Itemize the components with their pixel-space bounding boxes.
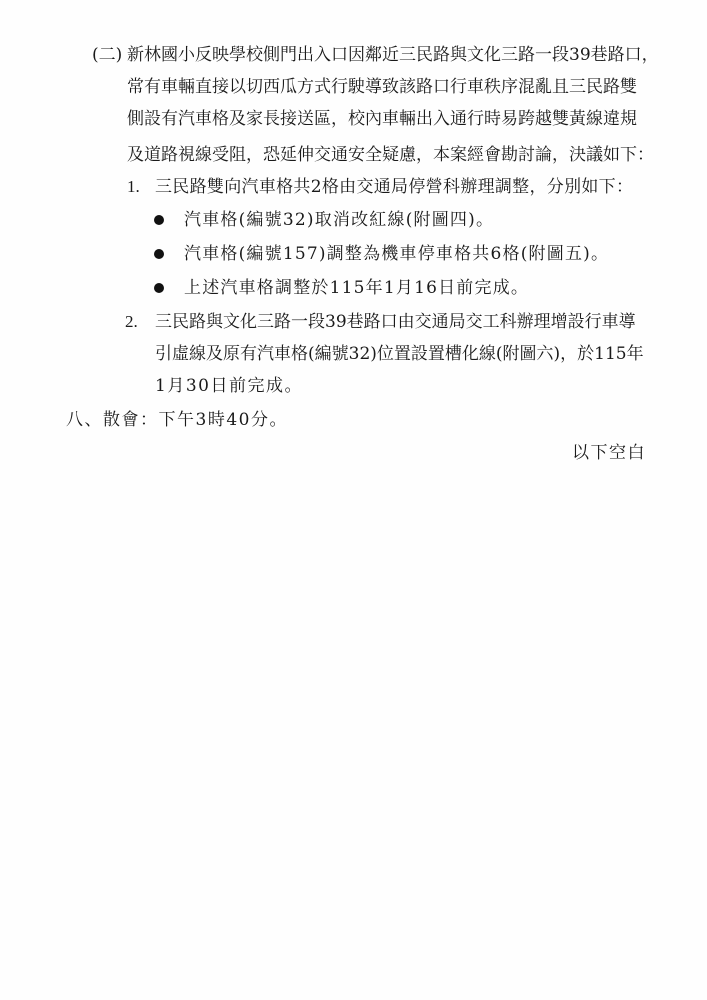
adjournment-line: 八、散會：下午3時40分。 [66, 409, 288, 431]
resolution-number: 2. [125, 311, 138, 333]
paragraph-line: 側設有汽車格及家長接送區，校內車輛出入通行時易跨越雙黃線違規 [127, 108, 637, 130]
resolution-text: 三民路雙向汽車格共2格由交通局停營科辦理調整，分別如下： [155, 176, 633, 198]
paragraph-line: 常有車輛直接以切西瓜方式行駛導致該路口行車秩序混亂且三民路雙 [127, 76, 637, 98]
resolution-text: 引虛線及原有汽車格(編號32)位置設置槽化線(附圖六)，於115年 [155, 343, 635, 365]
resolution-text: 三民路與文化三路一段39巷路口由交通局交工科辦理增設行車導 [155, 311, 635, 333]
bullet-icon [154, 249, 164, 259]
section-two-marker: (二) [92, 44, 122, 66]
paragraph-line: 及道路視線受阻，恐延伸交通安全疑慮，本案經會勘討論，決議如下： [127, 144, 637, 166]
bullet-item: 汽車格(編號32)取消改紅線(附圖四)。 [184, 209, 494, 231]
bullet-item: 汽車格(編號157)調整為機車停車格共6格(附圖五)。 [184, 243, 609, 265]
bullet-item: 上述汽車格調整於115年1月16日前完成。 [184, 277, 529, 299]
resolution-number: 1. [127, 176, 140, 198]
resolution-text: 1月30日前完成。 [155, 375, 303, 397]
bullet-icon [154, 283, 164, 293]
document-page: (二) 新林國小反映學校側門出入口因鄰近三民路與文化三路一段39巷路口， 常有車… [0, 0, 707, 1000]
end-note: 以下空白 [572, 442, 646, 464]
paragraph-line: 新林國小反映學校側門出入口因鄰近三民路與文化三路一段39巷路口， [127, 44, 655, 66]
bullet-icon [154, 215, 164, 225]
